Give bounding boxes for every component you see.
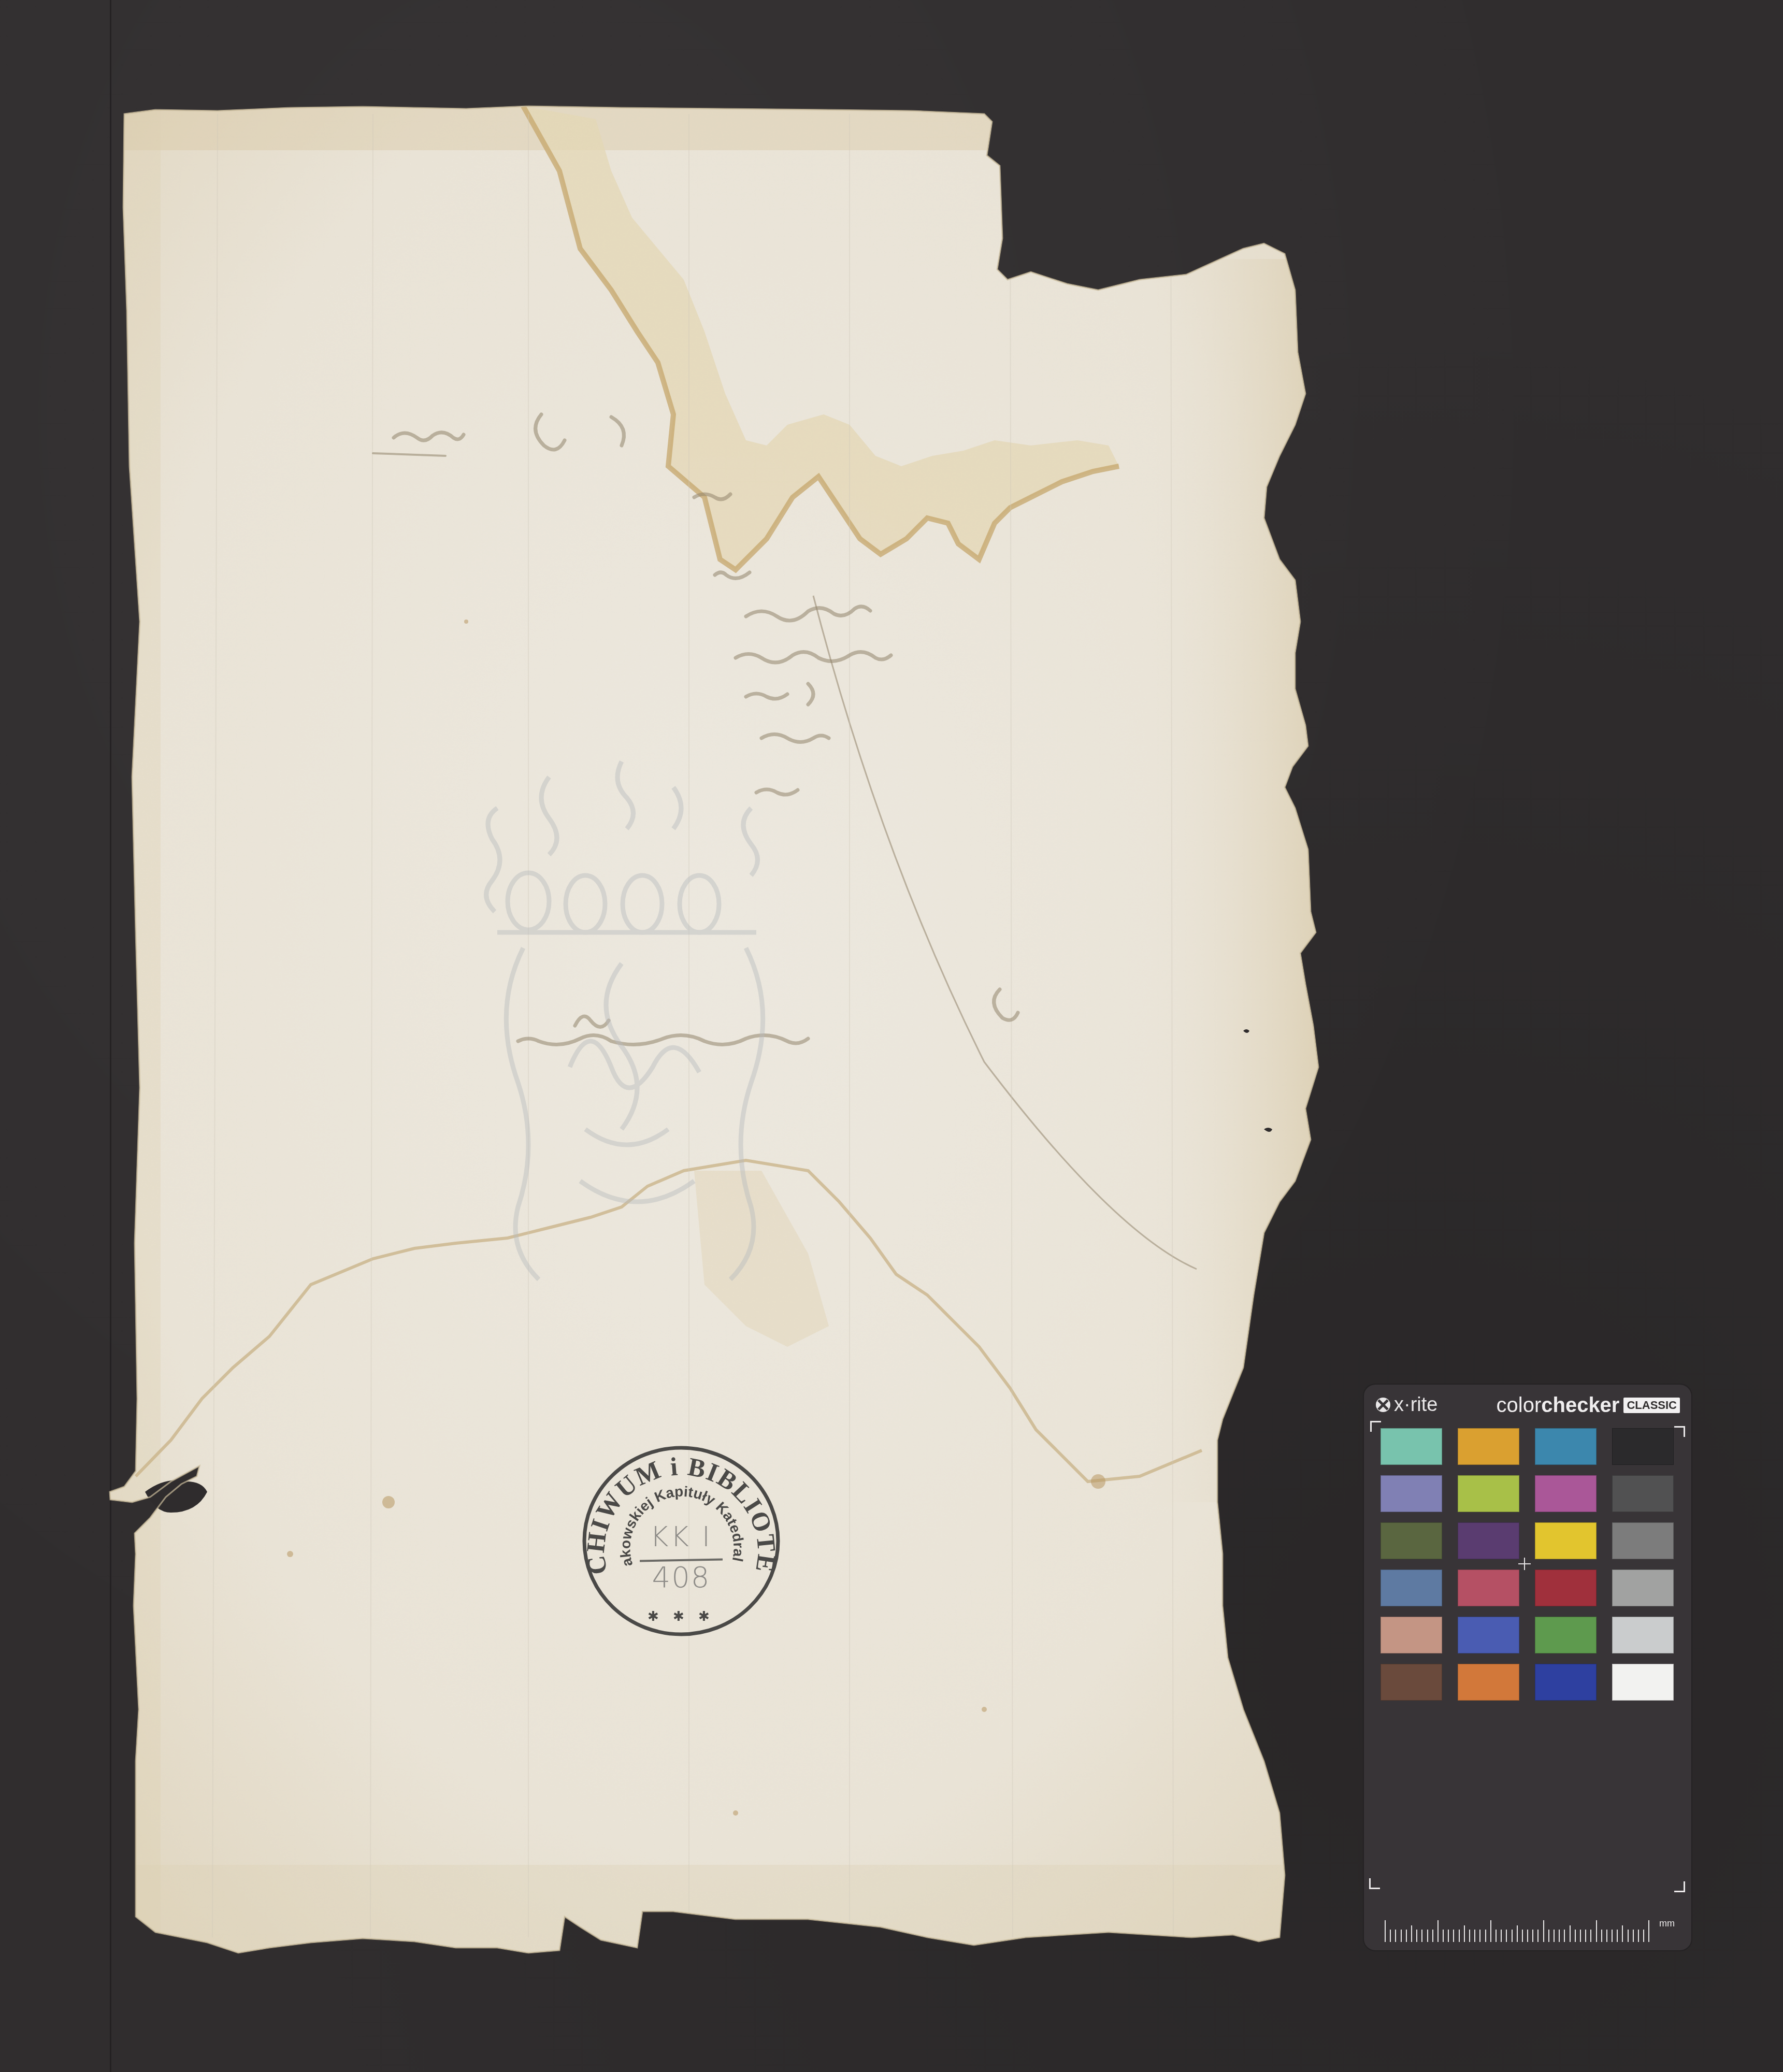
ruler-tick — [1512, 1930, 1513, 1942]
color-patch-orange-yellow — [1458, 1428, 1519, 1465]
ruler-tick — [1459, 1930, 1460, 1942]
color-patch-bluish-green — [1381, 1428, 1442, 1465]
ruler-tick — [1506, 1930, 1507, 1942]
ruler-tick — [1501, 1930, 1502, 1942]
ruler-tick — [1395, 1930, 1396, 1942]
color-patch-purple — [1458, 1522, 1519, 1559]
ruler-tick — [1469, 1930, 1470, 1942]
ruler-tick — [1575, 1930, 1576, 1942]
color-patch-white — [1612, 1664, 1674, 1701]
mm-ruler: mm — [1385, 1918, 1675, 1942]
xrite-mark-icon — [1375, 1397, 1391, 1413]
color-patch-blue-flower — [1381, 1475, 1442, 1512]
color-patch-dark-skin — [1381, 1664, 1442, 1701]
product-name-bold: checker — [1541, 1395, 1619, 1416]
ruler-tick — [1606, 1930, 1607, 1942]
ruler-tick — [1411, 1925, 1412, 1942]
ruler-tick — [1570, 1925, 1571, 1942]
ruler-unit-label: mm — [1659, 1918, 1675, 1929]
ruler-tick — [1432, 1930, 1433, 1942]
svg-text:ARCHIWUM i BIBLIOTEKA: ARCHIWUM i BIBLIOTEKA — [578, 1437, 782, 1577]
color-patch-orange — [1458, 1664, 1519, 1701]
ruler-tick — [1643, 1930, 1644, 1942]
ruler-tick — [1601, 1930, 1602, 1942]
ruler-tick — [1406, 1930, 1407, 1942]
ruler-tick — [1401, 1930, 1402, 1942]
ruler-tick — [1622, 1925, 1623, 1942]
ruler-tick — [1443, 1930, 1444, 1942]
product-name-light: color — [1497, 1395, 1542, 1416]
ruler-tick — [1427, 1930, 1428, 1942]
ruler-tick — [1390, 1930, 1391, 1942]
product-name: color checker CLASSIC — [1497, 1395, 1680, 1416]
stamp-ornament-icon: ✱ ✱ ✱ — [578, 1608, 785, 1624]
ruler-tick — [1548, 1930, 1549, 1942]
ruler-tick — [1464, 1925, 1465, 1942]
ruler-tick — [1496, 1930, 1497, 1942]
ruler-tick — [1527, 1930, 1528, 1942]
ruler-tick — [1554, 1930, 1555, 1942]
crosshair-icon — [1518, 1558, 1531, 1570]
ruler-tick — [1648, 1920, 1649, 1942]
color-patch-purplish-blue — [1458, 1617, 1519, 1653]
color-patch-cyan — [1535, 1428, 1597, 1465]
color-patch-black — [1612, 1428, 1674, 1465]
ruler-tick — [1559, 1930, 1560, 1942]
color-patch-yellow-green — [1458, 1475, 1519, 1512]
ruler-tick — [1453, 1930, 1454, 1942]
ruler-tick — [1612, 1930, 1613, 1942]
corner-mark-bottom-left — [1369, 1878, 1380, 1889]
ruler-ticks — [1385, 1920, 1654, 1942]
archive-library-stamp: ARCHIWUM i BIBLIOTEKA Krakowskiej Kapitu… — [578, 1437, 785, 1645]
color-patch-moderate-red — [1458, 1570, 1519, 1606]
ruler-tick — [1490, 1920, 1491, 1942]
ruler-tick — [1617, 1930, 1618, 1942]
ruler-tick — [1638, 1930, 1639, 1942]
shelfmark-number: 408 — [578, 1561, 785, 1594]
corner-mark-top-left — [1370, 1421, 1381, 1432]
color-patch-neutral-5 — [1612, 1522, 1674, 1559]
ruler-tick — [1633, 1930, 1634, 1942]
shelfmark-collection: KK I — [578, 1520, 785, 1553]
ruler-tick — [1580, 1930, 1581, 1942]
color-patch-neutral-3-5 — [1612, 1475, 1674, 1512]
product-badge: CLASSIC — [1623, 1398, 1680, 1413]
color-patch-blue-sky — [1381, 1570, 1442, 1606]
corner-mark-bottom-right — [1674, 1881, 1685, 1892]
ruler-tick — [1537, 1930, 1538, 1942]
ruler-tick — [1421, 1930, 1422, 1942]
ruler-tick — [1522, 1930, 1523, 1942]
ruler-tick — [1448, 1930, 1449, 1942]
color-checker-card: x·rite color checker CLASSIC mm — [1364, 1385, 1691, 1950]
color-patch-green — [1535, 1617, 1597, 1653]
ruler-tick — [1479, 1930, 1480, 1942]
ruler-tick — [1564, 1930, 1565, 1942]
ruler-tick — [1385, 1920, 1386, 1942]
brand-name: x·rite — [1394, 1395, 1437, 1415]
ruler-tick — [1585, 1930, 1586, 1942]
color-patch-foliage — [1381, 1522, 1442, 1559]
ruler-tick — [1416, 1930, 1417, 1942]
color-patch-neutral-8 — [1612, 1617, 1674, 1653]
color-patch-blue — [1535, 1664, 1597, 1701]
color-patch-light-skin — [1381, 1617, 1442, 1653]
ruler-tick — [1437, 1920, 1439, 1942]
xrite-logo: x·rite — [1375, 1395, 1437, 1415]
ruler-tick — [1543, 1920, 1544, 1942]
ruler-tick — [1590, 1930, 1591, 1942]
color-patch-red — [1535, 1570, 1597, 1606]
color-patch-neutral-6-5 — [1612, 1570, 1674, 1606]
ruler-tick — [1474, 1930, 1475, 1942]
color-patch-yellow — [1535, 1522, 1597, 1559]
ruler-tick — [1532, 1930, 1533, 1942]
ruler-tick — [1596, 1920, 1597, 1942]
color-patch-magenta — [1535, 1475, 1597, 1512]
corner-mark-top-right — [1674, 1426, 1685, 1437]
ruler-tick — [1485, 1930, 1486, 1942]
ruler-tick — [1628, 1930, 1629, 1942]
ruler-tick — [1517, 1925, 1518, 1942]
